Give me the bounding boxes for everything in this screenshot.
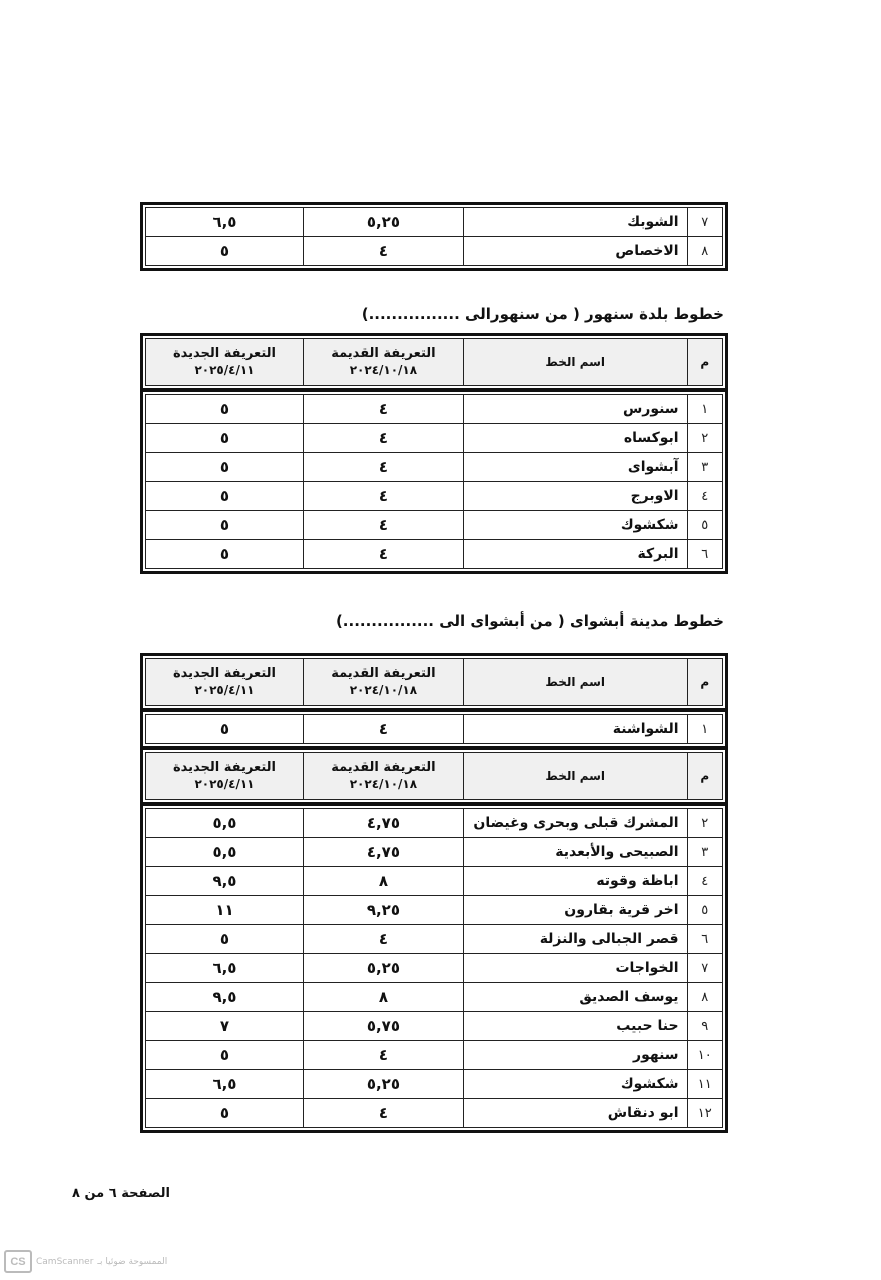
row-number: ٣ xyxy=(687,838,722,867)
row-number: ٢ xyxy=(687,809,722,838)
old-fare-date: ٢٠٢٤/١٠/١٨ xyxy=(304,362,463,379)
page-number: الصفحة ٦ من ٨ xyxy=(72,1186,170,1201)
line-name: الخواجات xyxy=(463,954,687,983)
old-fare: ٤ xyxy=(303,424,463,453)
row-number: ١ xyxy=(687,395,722,424)
line-name: المشرك قبلى وبحرى وغيضان xyxy=(463,809,687,838)
line-name: البركة xyxy=(463,540,687,569)
old-fare-title: التعريفة القديمة xyxy=(304,759,463,776)
row-number: ١٠ xyxy=(687,1041,722,1070)
new-fare: ٥ xyxy=(146,395,304,424)
new-fare: ٥ xyxy=(146,1041,304,1070)
table-header-row: م اسم الخط التعريفة القديمة ٢٠٢٤/١٠/١٨ ا… xyxy=(146,659,723,706)
old-fare: ٤ xyxy=(303,715,463,744)
line-name: اباظة وقوته xyxy=(463,867,687,896)
line-name: الاوبرج xyxy=(463,482,687,511)
line-name: آبشواى xyxy=(463,453,687,482)
row-number: ٤ xyxy=(687,482,722,511)
old-fare-title: التعريفة القديمة xyxy=(304,665,463,682)
line-name: حنا حبيب xyxy=(463,1012,687,1041)
new-fare-title: التعريفة الجديدة xyxy=(146,759,303,776)
old-fare: ٤,٧٥ xyxy=(303,838,463,867)
table-row: ٣ آبشواى ٤ ٥ xyxy=(146,453,723,482)
old-fare: ٤ xyxy=(303,482,463,511)
table-row: ٢ ابوكساه ٤ ٥ xyxy=(146,424,723,453)
table-row: ٢ المشرك قبلى وبحرى وغيضان ٤,٧٥ ٥,٥ xyxy=(146,809,723,838)
new-fare: ٥ xyxy=(146,453,304,482)
row-number: ١١ xyxy=(687,1070,722,1099)
row-number: ٨ xyxy=(687,237,722,266)
new-fare: ٥ xyxy=(146,482,304,511)
header-divider xyxy=(143,802,725,806)
table-row: ٦ قصر الجبالى والنزلة ٤ ٥ xyxy=(146,925,723,954)
old-fare: ٤ xyxy=(303,1099,463,1128)
old-fare: ٨ xyxy=(303,983,463,1012)
header-number: م xyxy=(687,753,722,800)
table-header-row: م اسم الخط التعريفة القديمة ٢٠٢٤/١٠/١٨ ا… xyxy=(146,339,723,386)
line-name: ابو دنقاش xyxy=(463,1099,687,1128)
new-fare: ٥ xyxy=(146,715,304,744)
line-name: ابوكساه xyxy=(463,424,687,453)
watermark-text: CamScanner xyxy=(36,1257,93,1267)
table-row: ٤ اباظة وقوته ٨ ٩,٥ xyxy=(146,867,723,896)
section-divider xyxy=(143,746,725,750)
new-fare-date: ٢٠٢٥/٤/١١ xyxy=(146,776,303,793)
old-fare-title: التعريفة القديمة xyxy=(304,345,463,362)
fares-table-header-repeat: م اسم الخط التعريفة القديمة ٢٠٢٤/١٠/١٨ ا… xyxy=(145,752,723,800)
new-fare: ٦,٥ xyxy=(146,954,304,983)
line-name: الاخصاص xyxy=(463,237,687,266)
row-number: ٢ xyxy=(687,424,722,453)
header-number: م xyxy=(687,659,722,706)
line-name: يوسف الصديق xyxy=(463,983,687,1012)
fares-table-header: م اسم الخط التعريفة القديمة ٢٠٢٤/١٠/١٨ ا… xyxy=(145,338,723,386)
table-row: ٤ الاوبرج ٤ ٥ xyxy=(146,482,723,511)
header-new-fare: التعريفة الجديدة ٢٠٢٥/٤/١١ xyxy=(146,339,304,386)
header-line-name: اسم الخط xyxy=(463,659,687,706)
fares-table: ٧ الشوبك ٥,٢٥ ٦,٥ ٨ الاخصاص ٤ ٥ xyxy=(145,207,723,266)
new-fare: ٩,٥ xyxy=(146,867,304,896)
old-fare: ٩,٢٥ xyxy=(303,896,463,925)
table-row: ١٢ ابو دنقاش ٤ ٥ xyxy=(146,1099,723,1128)
old-fare: ٤ xyxy=(303,1041,463,1070)
row-number: ٤ xyxy=(687,867,722,896)
row-number: ٦ xyxy=(687,540,722,569)
old-fare: ٤ xyxy=(303,540,463,569)
line-name: اخر قرية بقارون xyxy=(463,896,687,925)
table-row: ٨ الاخصاص ٤ ٥ xyxy=(146,237,723,266)
row-number: ٧ xyxy=(687,954,722,983)
header-line-name: اسم الخط xyxy=(463,753,687,800)
header-divider xyxy=(143,388,725,392)
table-header-row: م اسم الخط التعريفة القديمة ٢٠٢٤/١٠/١٨ ا… xyxy=(146,753,723,800)
old-fare: ٤,٧٥ xyxy=(303,809,463,838)
table-row: ٧ الشوبك ٥,٢٥ ٦,٥ xyxy=(146,208,723,237)
line-name: الشوبك xyxy=(463,208,687,237)
new-fare: ٥ xyxy=(146,925,304,954)
old-fare: ٥,٢٥ xyxy=(303,208,463,237)
fares-table-first-row: ١ الشواشنة ٤ ٥ xyxy=(145,714,723,744)
table-row: ١ سنورس ٤ ٥ xyxy=(146,395,723,424)
header-divider xyxy=(143,708,725,712)
camscanner-watermark: CS CamScanner الممسوحة ضوئيا بـ xyxy=(4,1250,167,1273)
old-fare: ٥,٢٥ xyxy=(303,954,463,983)
new-fare: ٦,٥ xyxy=(146,208,304,237)
old-fare: ٤ xyxy=(303,925,463,954)
new-fare: ٥ xyxy=(146,1099,304,1128)
old-fare-date: ٢٠٢٤/١٠/١٨ xyxy=(304,682,463,699)
row-number: ١٢ xyxy=(687,1099,722,1128)
fares-table-header: م اسم الخط التعريفة القديمة ٢٠٢٤/١٠/١٨ ا… xyxy=(145,658,723,706)
header-line-name: اسم الخط xyxy=(463,339,687,386)
new-fare-date: ٢٠٢٥/٤/١١ xyxy=(146,682,303,699)
header-old-fare: التعريفة القديمة ٢٠٢٤/١٠/١٨ xyxy=(303,753,463,800)
new-fare: ٥ xyxy=(146,237,304,266)
table-sonhour: م اسم الخط التعريفة القديمة ٢٠٢٤/١٠/١٨ ا… xyxy=(140,333,728,574)
table-row: ١ الشواشنة ٤ ٥ xyxy=(146,715,723,744)
row-number: ٨ xyxy=(687,983,722,1012)
header-number: م xyxy=(687,339,722,386)
new-fare: ٧ xyxy=(146,1012,304,1041)
new-fare: ١١ xyxy=(146,896,304,925)
line-name: سنورس xyxy=(463,395,687,424)
row-number: ٦ xyxy=(687,925,722,954)
table-row: ١٠ سنهور ٤ ٥ xyxy=(146,1041,723,1070)
row-number: ٥ xyxy=(687,511,722,540)
table-row: ٩ حنا حبيب ٥,٧٥ ٧ xyxy=(146,1012,723,1041)
row-number: ٣ xyxy=(687,453,722,482)
line-name: سنهور xyxy=(463,1041,687,1070)
table-row: ١١ شكشوك ٥,٢٥ ٦,٥ xyxy=(146,1070,723,1099)
watermark-arabic-text: الممسوحة ضوئيا بـ xyxy=(97,1257,167,1267)
old-fare: ٤ xyxy=(303,395,463,424)
old-fare: ٥,٢٥ xyxy=(303,1070,463,1099)
new-fare: ٩,٥ xyxy=(146,983,304,1012)
old-fare: ٤ xyxy=(303,453,463,482)
new-fare: ٥ xyxy=(146,424,304,453)
section-title-sonhour: خطوط بلدة سنهور ( من سنهورالى ..........… xyxy=(362,305,724,323)
new-fare-title: التعريفة الجديدة xyxy=(146,345,303,362)
new-fare-date: ٢٠٢٥/٤/١١ xyxy=(146,362,303,379)
row-number: ٧ xyxy=(687,208,722,237)
section-title-abshway: خطوط مدينة أبشواى ( من أبشواى الى ......… xyxy=(336,612,724,630)
table-row: ٥ شكشوك ٤ ٥ xyxy=(146,511,723,540)
table-row: ٦ البركة ٤ ٥ xyxy=(146,540,723,569)
header-old-fare: التعريفة القديمة ٢٠٢٤/١٠/١٨ xyxy=(303,659,463,706)
row-number: ١ xyxy=(687,715,722,744)
new-fare: ٥,٥ xyxy=(146,809,304,838)
line-name: الشواشنة xyxy=(463,715,687,744)
old-fare: ٤ xyxy=(303,511,463,540)
line-name: الصبيحى والأبعدية xyxy=(463,838,687,867)
new-fare: ٦,٥ xyxy=(146,1070,304,1099)
line-name: شكشوك xyxy=(463,511,687,540)
fares-table-body: ٢ المشرك قبلى وبحرى وغيضان ٤,٧٥ ٥,٥ ٣ ال… xyxy=(145,808,723,1128)
table-row: ٥ اخر قرية بقارون ٩,٢٥ ١١ xyxy=(146,896,723,925)
table-top-continuation: ٧ الشوبك ٥,٢٥ ٦,٥ ٨ الاخصاص ٤ ٥ xyxy=(140,202,728,271)
old-fare: ٥,٧٥ xyxy=(303,1012,463,1041)
line-name: قصر الجبالى والنزلة xyxy=(463,925,687,954)
row-number: ٩ xyxy=(687,1012,722,1041)
new-fare: ٥ xyxy=(146,540,304,569)
header-new-fare: التعريفة الجديدة ٢٠٢٥/٤/١١ xyxy=(146,659,304,706)
row-number: ٥ xyxy=(687,896,722,925)
new-fare: ٥,٥ xyxy=(146,838,304,867)
table-abshway: م اسم الخط التعريفة القديمة ٢٠٢٤/١٠/١٨ ا… xyxy=(140,653,728,1133)
old-fare: ٨ xyxy=(303,867,463,896)
new-fare-title: التعريفة الجديدة xyxy=(146,665,303,682)
header-new-fare: التعريفة الجديدة ٢٠٢٥/٤/١١ xyxy=(146,753,304,800)
table-row: ٣ الصبيحى والأبعدية ٤,٧٥ ٥,٥ xyxy=(146,838,723,867)
fares-table-body: ١ سنورس ٤ ٥ ٢ ابوكساه ٤ ٥ ٣ آبشواى ٤ ٥ ٤… xyxy=(145,394,723,569)
table-row: ٨ يوسف الصديق ٨ ٩,٥ xyxy=(146,983,723,1012)
old-fare-date: ٢٠٢٤/١٠/١٨ xyxy=(304,776,463,793)
line-name: شكشوك xyxy=(463,1070,687,1099)
old-fare: ٤ xyxy=(303,237,463,266)
table-row: ٧ الخواجات ٥,٢٥ ٦,٥ xyxy=(146,954,723,983)
header-old-fare: التعريفة القديمة ٢٠٢٤/١٠/١٨ xyxy=(303,339,463,386)
new-fare: ٥ xyxy=(146,511,304,540)
camscanner-logo-icon: CS xyxy=(4,1250,32,1273)
